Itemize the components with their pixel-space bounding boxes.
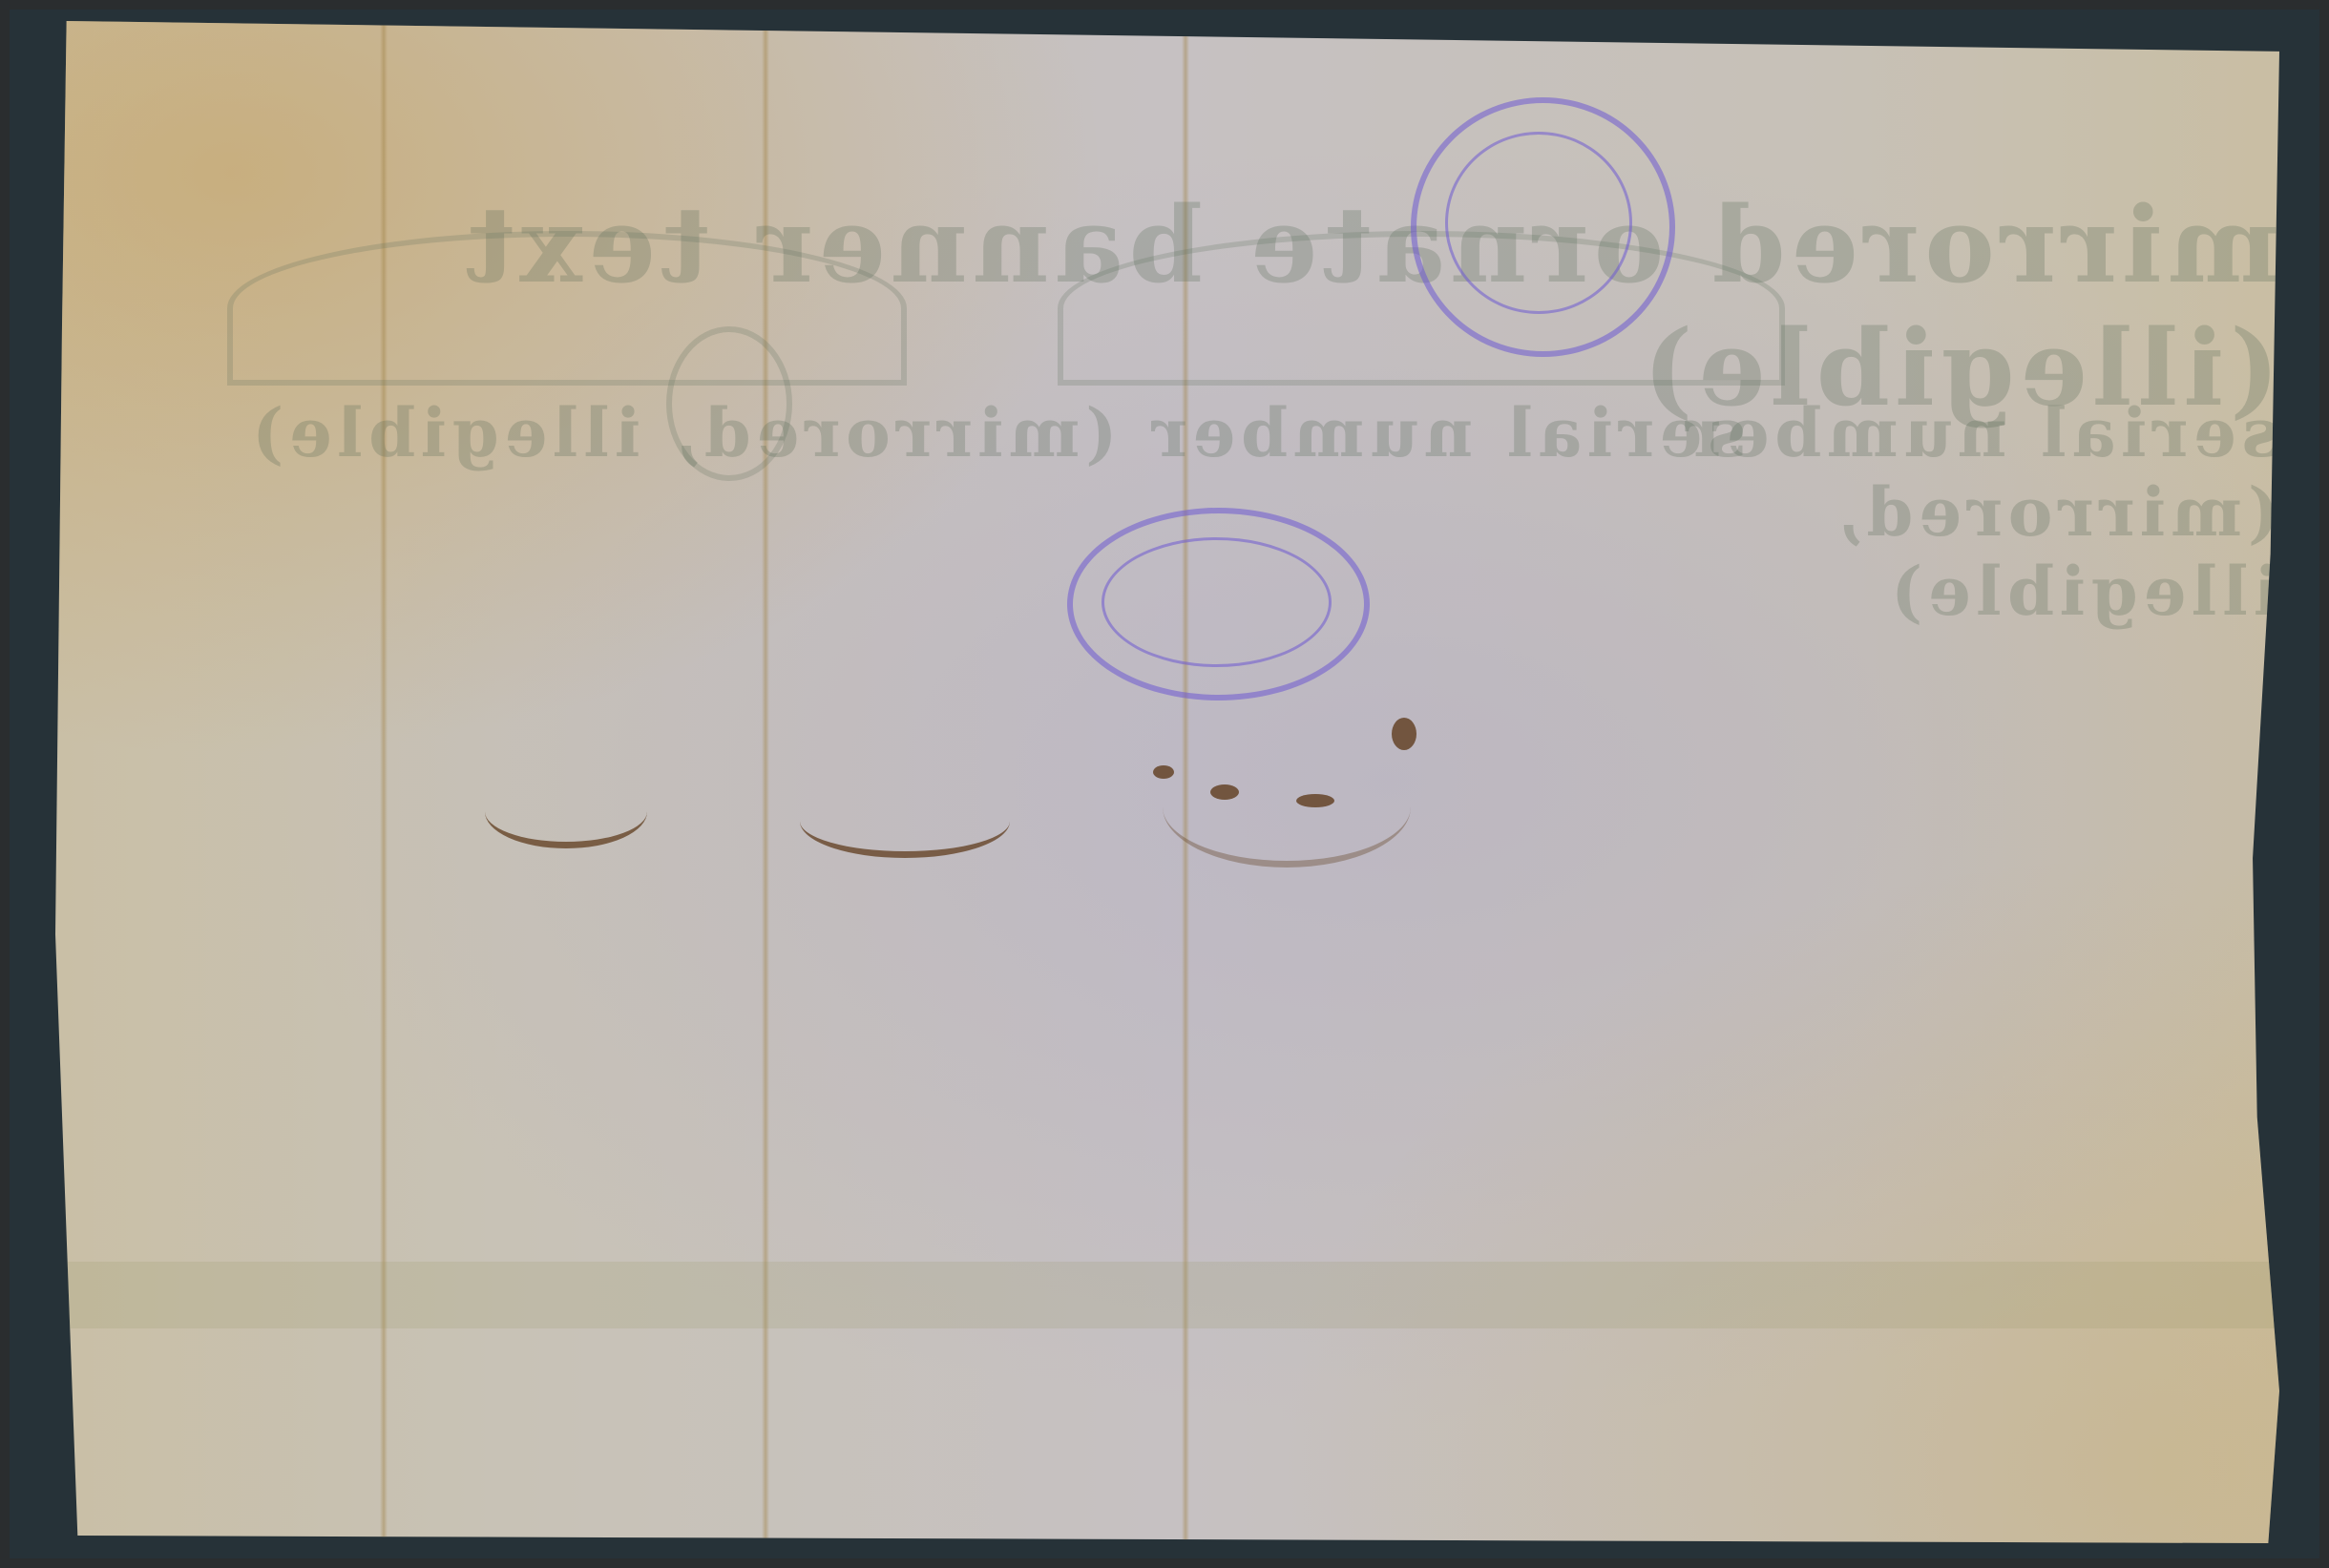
signature-ink	[800, 784, 1010, 858]
show-through-serial-right: serial number (mirrored, illegible)	[1563, 393, 2279, 631]
signature-ink	[485, 775, 647, 848]
ink-blot	[1296, 794, 1334, 807]
oval-stamp	[1067, 508, 1370, 700]
oval-stamp-inner-ring	[1102, 537, 1332, 667]
ink-blot	[1210, 784, 1239, 800]
signature-ink	[1163, 746, 1411, 868]
round-stamp-inner-ring	[1445, 132, 1632, 314]
ink-blot	[1392, 718, 1416, 750]
banknote-reverse: mirrored ornate banner text (illegible) …	[55, 21, 2279, 1543]
show-through-serial-left: serial number (mirrored, illegible)	[246, 393, 1746, 472]
ink-blot	[1153, 765, 1174, 779]
show-through-border-band	[55, 1262, 2279, 1328]
round-stamp	[1411, 97, 1675, 357]
show-through-banner-arc	[227, 231, 907, 386]
